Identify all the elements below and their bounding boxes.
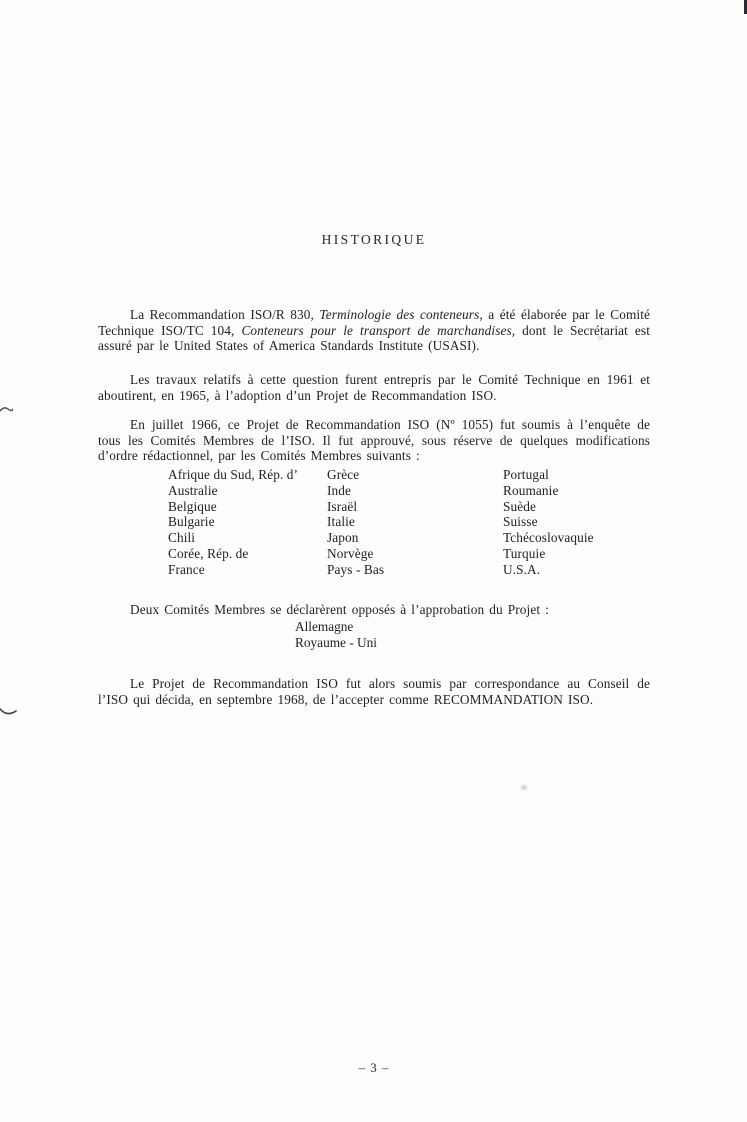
page-title: HISTORIQUE — [98, 232, 650, 248]
list-item: Roumanie — [503, 483, 594, 499]
list-item: Bulgarie — [168, 514, 298, 530]
list-item: Corée, Rép. de — [168, 546, 298, 562]
list-item: Suède — [503, 499, 594, 515]
list-item: Suisse — [503, 514, 594, 530]
document-page: HISTORIQUE La Recommandation ISO/R 830, … — [0, 0, 747, 1122]
list-item: Pays - Bas — [327, 562, 384, 578]
members-column-3: PortugalRoumanieSuèdeSuisseTchécoslovaqu… — [503, 467, 594, 578]
list-item: Portugal — [503, 467, 594, 483]
list-item: Chili — [168, 530, 298, 546]
list-item: Inde — [327, 483, 384, 499]
approving-members-list: Afrique du Sud, Rép. d’AustralieBelgique… — [98, 467, 650, 582]
list-item: Tchécoslovaquie — [503, 530, 594, 546]
paragraph-conclusion: Le Projet de Recommandation ISO fut alor… — [98, 676, 650, 707]
paragraph-run-italic: Terminologie des conteneurs, — [319, 307, 482, 322]
page-number: – 3 – — [98, 1060, 650, 1076]
list-item: Grèce — [327, 467, 384, 483]
scan-artifact-tilde — [0, 404, 13, 414]
paragraph-enquiry: En juillet 1966, ce Projet de Recommanda… — [98, 417, 650, 464]
list-item: Allemagne — [295, 619, 377, 635]
paragraph-run-italic: Conteneurs pour le transport de marchand… — [241, 323, 515, 338]
list-item: Turquie — [503, 546, 594, 562]
list-item: Royaume - Uni — [295, 635, 377, 651]
opposing-members-list: AllemagneRoyaume - Uni — [295, 619, 377, 650]
paragraph-run: La Recommandation ISO/R 830, — [130, 307, 319, 322]
list-item: Italie — [327, 514, 384, 530]
paragraph-opposed-intro: Deux Comités Membres se déclarèrent oppo… — [98, 602, 650, 618]
list-item: Japon — [327, 530, 384, 546]
list-item: Afrique du Sud, Rép. d’ — [168, 467, 298, 483]
list-item: Norvège — [327, 546, 384, 562]
list-item: Israël — [327, 499, 384, 515]
paragraph-history: Les travaux relatifs à cette question fu… — [98, 372, 650, 403]
list-item: U.S.A. — [503, 562, 594, 578]
members-column-1: Afrique du Sud, Rép. d’AustralieBelgique… — [168, 467, 298, 578]
list-item: France — [168, 562, 298, 578]
members-column-2: GrèceIndeIsraëlItalieJaponNorvègePays - … — [327, 467, 384, 578]
scan-smudge — [521, 785, 527, 790]
scan-artifact-swoosh — [0, 705, 17, 719]
list-item: Belgique — [168, 499, 298, 515]
list-item: Australie — [168, 483, 298, 499]
paragraph-intro: La Recommandation ISO/R 830, Terminologi… — [98, 307, 650, 354]
